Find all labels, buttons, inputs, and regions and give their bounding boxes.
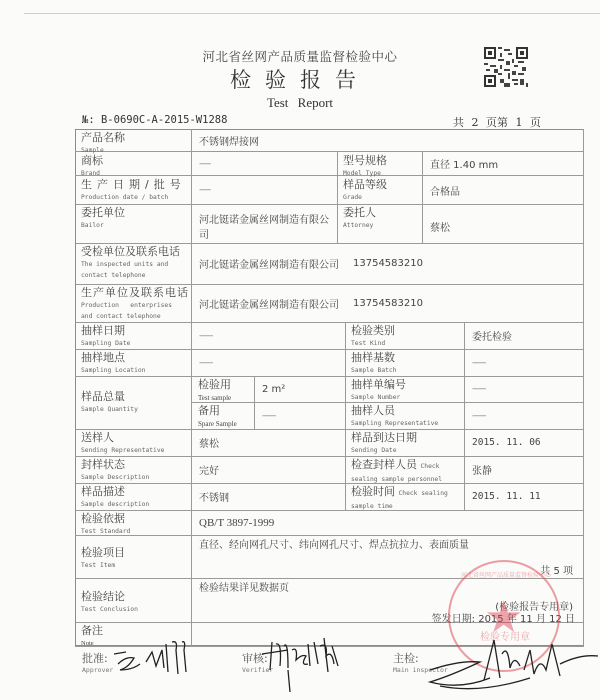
- label-brand: 商标 Brand: [75, 152, 192, 176]
- label-sampling-location: 抽样地点 Sampling Location: [75, 349, 192, 377]
- label-inspected-units: 受检单位及联系电话 The inspected units and contac…: [75, 243, 192, 285]
- qr-code-icon: [484, 47, 528, 87]
- value-test-standard: QB/T 3897-1999: [191, 510, 584, 536]
- label-check-personnel: 检查封样人员 Check sealing sample personnel: [345, 456, 465, 484]
- value-sample-batch: ------: [464, 349, 584, 377]
- label-sample-quantity: 样品总量 Sample Quantity: [75, 376, 192, 430]
- value-model-type: 直径 1.40 mm: [422, 152, 584, 176]
- label-attorney: 委托人 Attorney: [337, 204, 423, 244]
- value-sampling-date: ------: [191, 322, 346, 350]
- label-test-kind: 检验类别 Test Kind: [345, 322, 465, 350]
- approver-signature: [112, 636, 192, 676]
- value-sampling-location: ------: [191, 349, 346, 377]
- value-sample-description: 不锈钢: [191, 483, 346, 511]
- label-test-item: 检验项目 Test Item: [75, 535, 192, 579]
- value-attorney: 蔡松: [422, 204, 584, 244]
- stamp-ring-text: 河北省丝网产品质量监督检验中心: [460, 570, 552, 579]
- value-grade: 合格品: [422, 176, 584, 205]
- verifier-signature: [258, 636, 348, 692]
- label-check-time: 检验时间 Check sealing sample time: [345, 483, 465, 511]
- value-inspected-units: 河北铤诺金属丝网制造有限公司 13754583210: [191, 243, 584, 285]
- value-bailor: 河北铤诺金属丝网制造有限公 司: [191, 204, 338, 244]
- value-brand: -----: [191, 152, 338, 176]
- label-model-type: 型号规格 Model Type: [337, 152, 423, 176]
- value-sample-number: ------: [464, 376, 584, 403]
- value-sampling-rep: ------: [464, 402, 584, 430]
- value-production-enterprises: 河北铤诺金属丝网制造有限公司 13754583210: [191, 284, 584, 323]
- label-sending-date: 样品到达日期 Sending Date: [345, 429, 465, 457]
- label-sampling-date: 抽样日期 Sampling Date: [75, 322, 192, 350]
- value-seal-state: 完好: [191, 456, 346, 484]
- label-test-conclusion: 检验结论 Test Conclusion: [75, 578, 192, 623]
- label-grade: 样品等级 Grade: [337, 176, 423, 205]
- label-sample-description: 样品描述 Sample description: [75, 483, 192, 511]
- label-sampling-rep: 抽样人员 Sampling Representative: [345, 402, 465, 430]
- value-sample: 不锈钢焊接网: [191, 129, 584, 152]
- label-test-standard: 检验依据 Test Standard: [75, 510, 192, 536]
- document-number: №: B-0690C-A-2015-W1288: [82, 114, 227, 126]
- label-sample-batch: 抽样基数 Sample Batch: [345, 349, 465, 377]
- label-test-sample: 检验用 Test sample: [191, 376, 255, 403]
- label-sample-number: 抽样单编号 Sample Number: [345, 376, 465, 403]
- label-spare-sample: 备用 Spare Sample: [191, 402, 255, 430]
- scan-edge-line: [24, 13, 600, 14]
- label-production-date: 生产日期/批号 Production date / batch: [75, 176, 192, 205]
- label-production-enterprises: 生产单位及联系电话 Production enterprises and con…: [75, 284, 192, 323]
- value-check-time: 2015. 11. 11: [464, 483, 584, 511]
- label-sample: 产品名称 Sample: [75, 129, 192, 152]
- value-sending-date: 2015. 11. 06: [464, 429, 584, 457]
- main-inspector-signature: [410, 620, 600, 698]
- value-test-kind: 委托检验: [464, 322, 584, 350]
- approver-signature-label: 批准: Approver: [82, 650, 113, 674]
- label-seal-state: 封样状态 Sample Description: [75, 456, 192, 484]
- page-info: 共 2 页第 1 页: [453, 114, 541, 130]
- doc-no-label: №:: [82, 114, 95, 126]
- label-sending-rep: 送样人 Sending Representative: [75, 429, 192, 457]
- value-test-sample: 2 m²: [254, 376, 346, 403]
- value-sending-rep: 蔡松: [191, 429, 346, 457]
- report-subtitle: Test Report: [0, 95, 600, 111]
- label-bailor: 委托单位 Bailor: [75, 204, 192, 244]
- doc-no-value: B-0690C-A-2015-W1288: [101, 114, 227, 126]
- value-spare-sample: ------: [254, 402, 346, 430]
- value-check-personnel: 张静: [464, 456, 584, 484]
- value-production-date: -----: [191, 176, 338, 205]
